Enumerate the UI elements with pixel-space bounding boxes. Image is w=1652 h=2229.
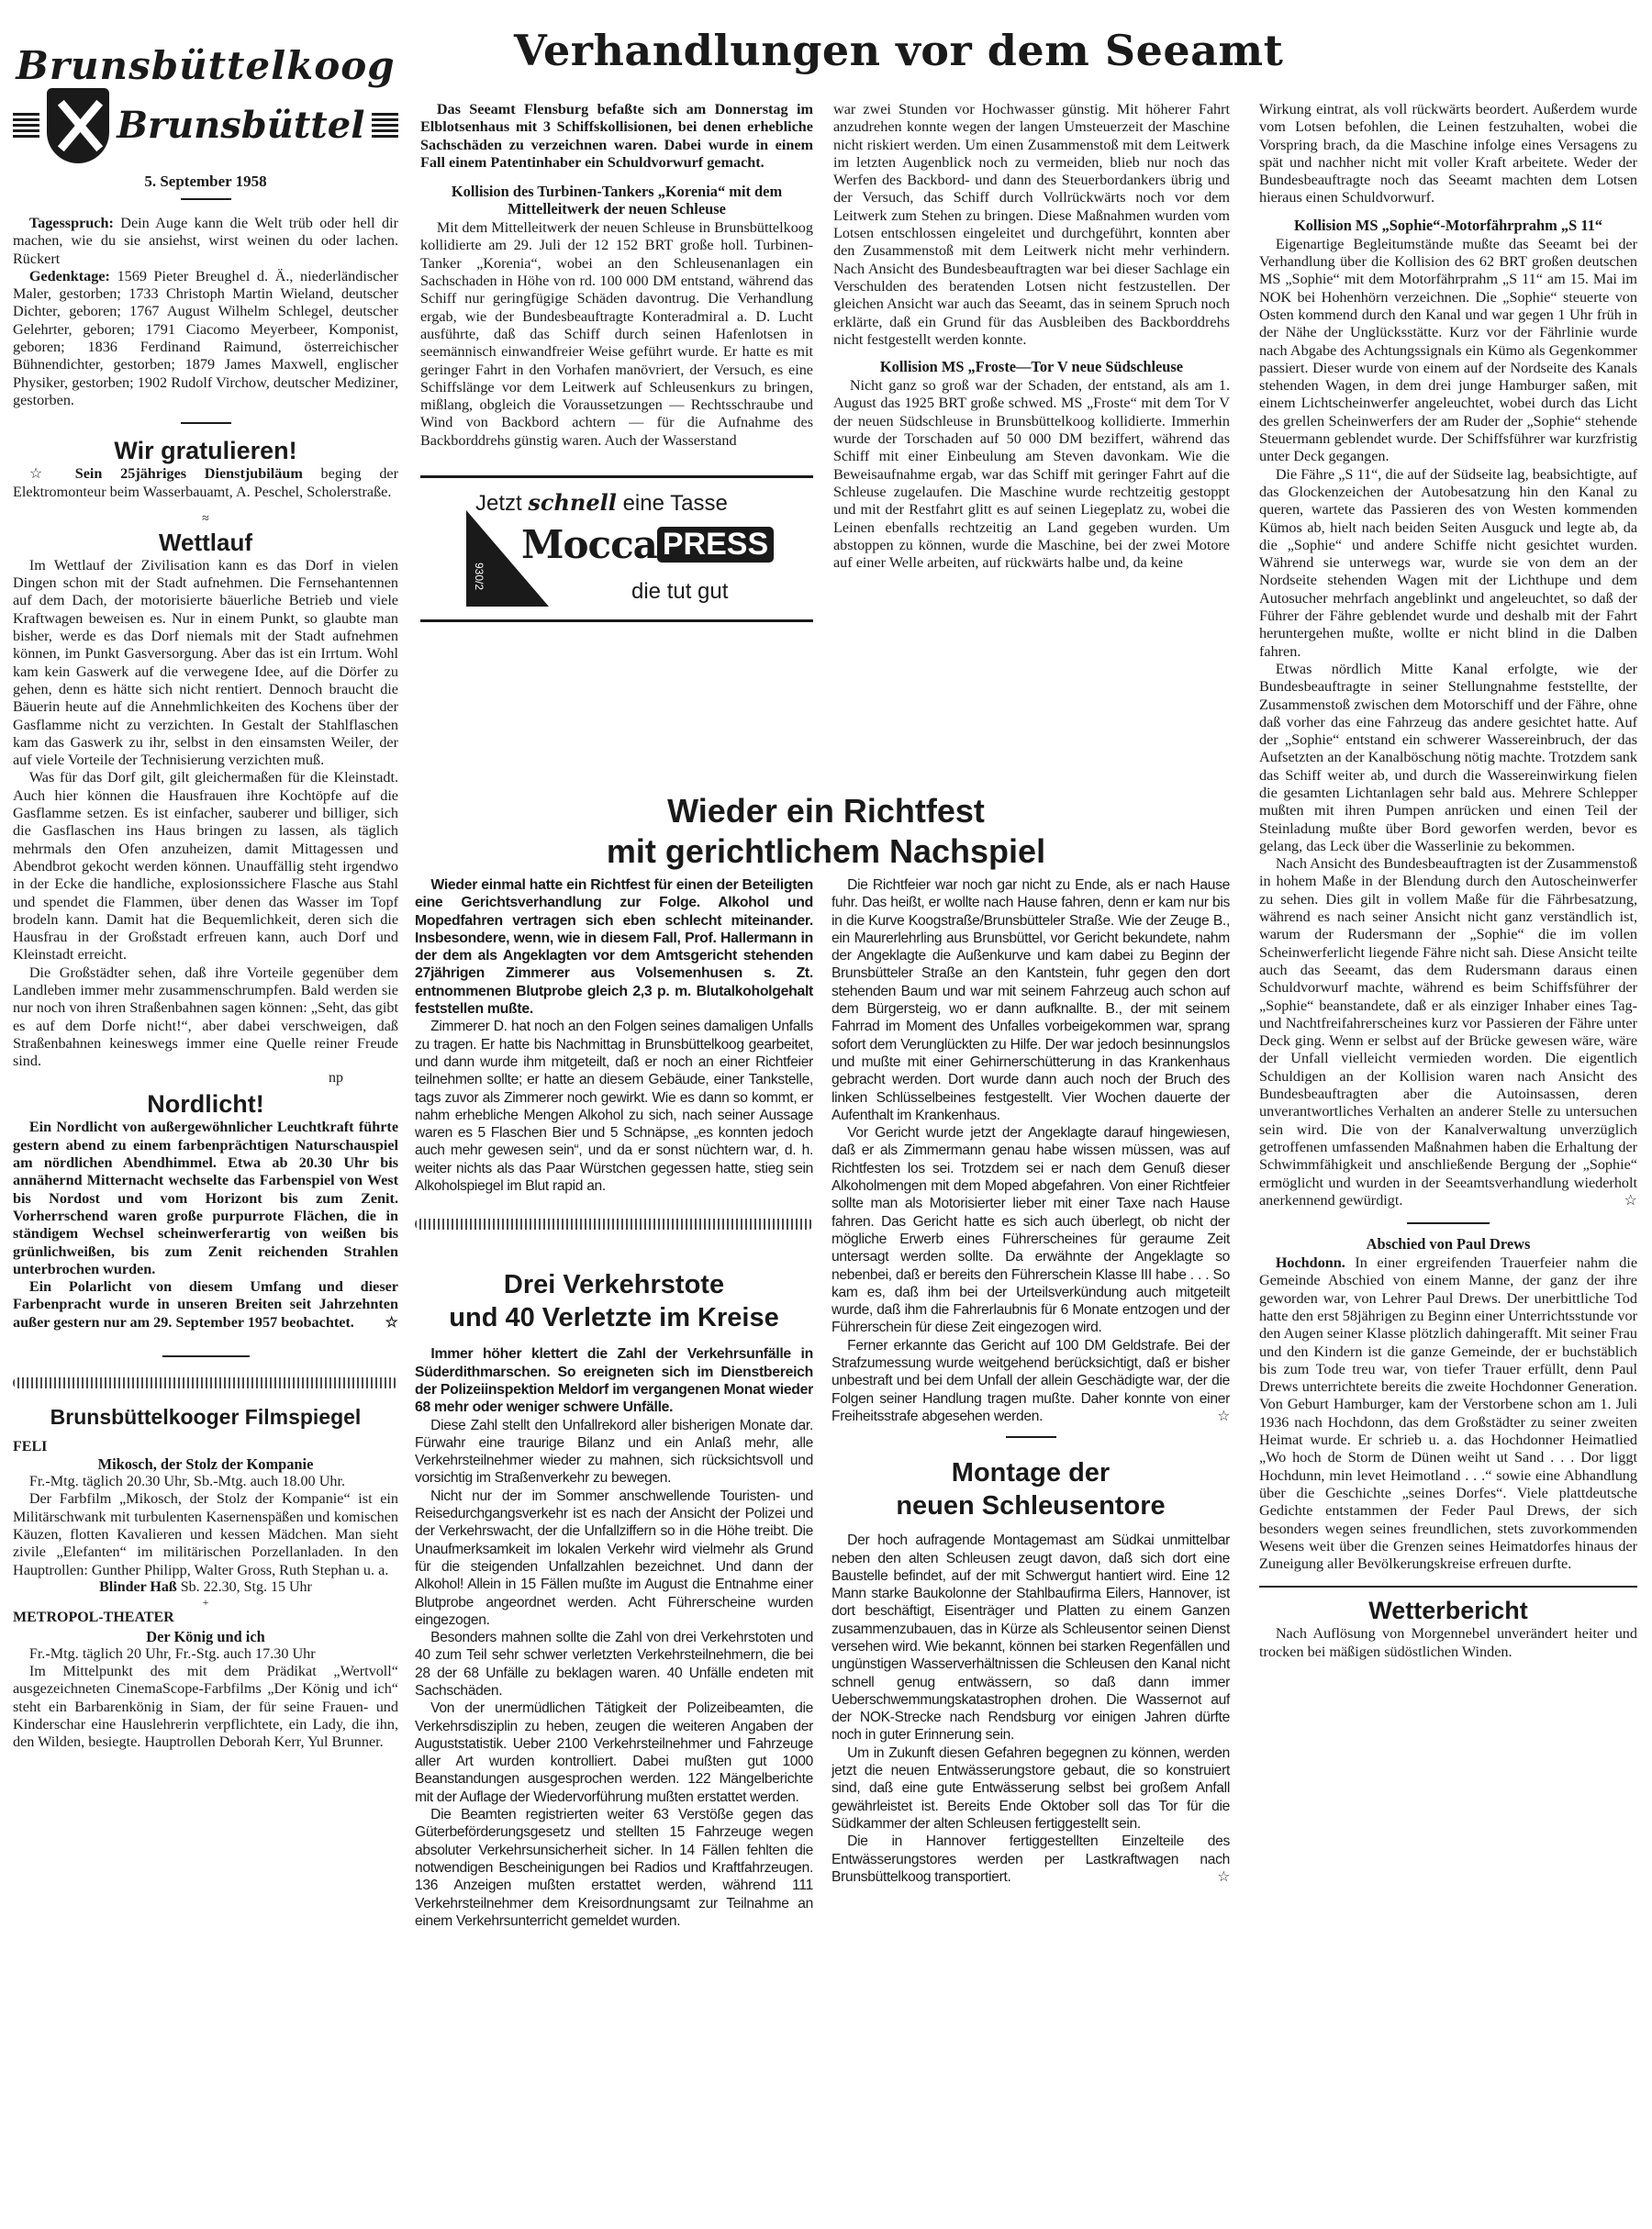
- film-times: Fr.-Mtg. täglich 20.30 Uhr, Sb.-Mtg. auc…: [13, 1473, 398, 1490]
- wettlauf-paragraph: Was für das Dorf gilt, gilt gleichermaße…: [13, 769, 398, 964]
- seeamt-col3: Wirkung eintrat, als voll rückwärts beor…: [1259, 101, 1637, 1661]
- verkehr-paragraph: Von der unermüdlichen Tätigkeit der Poli…: [415, 1700, 813, 1806]
- ad-logo: Mocca PRESS: [521, 522, 774, 567]
- divider: [181, 198, 231, 200]
- richtfest-title: Wieder ein Richtfest mit gerichtlichem N…: [413, 791, 1239, 872]
- richtfest-paragraph: Die Richtfeier war noch gar nicht zu End…: [832, 876, 1230, 1124]
- rope-ornament-icon: [13, 1377, 398, 1388]
- ribbon-left-icon: [13, 113, 39, 139]
- richtfest-paragraph: Vor Gericht wurde jetzt der Angeklagte d…: [832, 1124, 1230, 1337]
- sophie-paragraph: Etwas nördlich Mitte Kanal erfolgte, wie…: [1259, 661, 1637, 855]
- wettlauf-signature: np: [13, 1070, 398, 1087]
- tagesspruch: Tagesspruch: Dein Auge kann die Welt trü…: [13, 215, 398, 268]
- froste-title: Kollision MS „Froste—Tor V neue Südschle…: [833, 358, 1230, 375]
- star-icon: ☆: [29, 465, 57, 482]
- film-description: Der Farbfilm „Mikosch, der Stolz der Kom…: [13, 1490, 398, 1578]
- masthead: Brunsbüttelkoog Brunsbüttel: [13, 44, 398, 163]
- froste-paragraph: Nicht ganz so groß war der Schaden, der …: [833, 377, 1230, 572]
- cross-ornament-icon: +: [13, 1596, 398, 1610]
- star-icon: ☆: [1201, 1868, 1230, 1886]
- montage-title: Montage der neuen Schleusentore: [832, 1456, 1230, 1522]
- montage-paragraph: Der hoch aufragende Montagemast am Südka…: [832, 1532, 1230, 1744]
- verkehr-paragraph: Besonders mahnen sollte die Zahl von dre…: [415, 1629, 813, 1700]
- drews-paragraph: Hochdonn. In einer ergreifenden Trauerfe…: [1259, 1254, 1637, 1573]
- ribbon-right-icon: [372, 113, 398, 139]
- wettlauf-paragraph: Im Wettlauf der Zivilisation kann es das…: [13, 557, 398, 770]
- issue-date: 5. September 1958: [13, 173, 398, 191]
- richtfest-article: Wieder ein Richtfest mit gerichtlichem N…: [413, 791, 1239, 872]
- seeamt-lead: Das Seeamt Flensburg befaßte sich am Don…: [420, 101, 813, 172]
- star-icon: ☆: [1608, 1192, 1637, 1209]
- gratulieren-text: ☆ Sein 25jähriges Dienstjubiläum beging …: [13, 465, 398, 501]
- korenia-paragraph-cont: war zwei Stunden vor Hochwasser günstig.…: [833, 101, 1230, 349]
- ad-line3: die tut gut: [631, 579, 728, 605]
- nordlicht-title: Nordlicht!: [13, 1090, 398, 1119]
- montage-paragraph: Die in Hannover fertiggestellten Einzelt…: [832, 1833, 1230, 1886]
- drews-title: Abschied von Paul Drews: [1259, 1235, 1637, 1253]
- montage-paragraph: Um in Zukunft diesen Gefahren begegnen z…: [832, 1744, 1230, 1833]
- star-icon: ☆: [369, 1314, 398, 1332]
- korenia-paragraph: Mit dem Mittelleitwerk der neuen Schleus…: [420, 219, 813, 450]
- rope-ornament-icon: [415, 1219, 813, 1230]
- divider: [1006, 1436, 1056, 1438]
- town-crest-icon: [47, 88, 110, 163]
- film-description: Im Mittelpunkt des mit dem Prädikat „Wer…: [13, 1663, 398, 1751]
- richtfest-paragraph: Zimmerer D. hat noch an den Folgen seine…: [415, 1018, 813, 1195]
- film-extra: Blinder Haß Sb. 22.30, Stg. 15 Uhr: [13, 1579, 398, 1596]
- verkehr-title: Drei Verkehrstote und 40 Verletzte im Kr…: [415, 1268, 813, 1334]
- film-title: Der König und ich: [13, 1628, 398, 1645]
- filmspiegel-title: Brunsbüttelkooger Filmspiegel: [13, 1405, 398, 1430]
- divider: [1259, 1586, 1637, 1588]
- gratulieren-title: Wir gratulieren!: [13, 437, 398, 465]
- film-title: Mikosch, der Stolz der Kompanie: [13, 1455, 398, 1473]
- divider: [162, 1355, 250, 1357]
- masthead-line1: Brunsbüttelkoog: [13, 44, 398, 88]
- sophie-paragraph: Eigenartige Begleitumstände mußte das Se…: [1259, 236, 1637, 466]
- wettlauf-paragraph: Die Großstädter sehen, daß ihre Vorteile…: [13, 964, 398, 1071]
- left-column: Brunsbüttelkoog Brunsbüttel 5. September…: [13, 0, 398, 1752]
- sophie-paragraph: Die Fähre „S 11“, die auf der Südseite l…: [1259, 466, 1637, 661]
- richtfest-right: Die Richtfeier war noch gar nicht zu End…: [832, 876, 1230, 1886]
- korenia-title: Kollision des Turbinen-Tankers „Korenia“…: [420, 183, 813, 217]
- sophie-paragraph: Nach Ansicht des Bundesbeauftragten ist …: [1259, 855, 1637, 1209]
- verkehr-paragraph: Diese Zahl stellt den Unfallrekord aller…: [415, 1417, 813, 1488]
- cinema-name: FELI: [13, 1439, 398, 1455]
- richtfest-left: Wieder einmal hatte ein Richtfest für ei…: [415, 876, 813, 1930]
- nordlicht-paragraph: Ein Nordlicht von außergewöhnlicher Leuc…: [13, 1119, 398, 1278]
- gedenktage: Gedenktage: 1569 Pieter Breughel d. Ä., …: [13, 268, 398, 409]
- cinema-name: METROPOL-THEATER: [13, 1610, 398, 1626]
- masthead-line2: Brunsbüttel: [117, 106, 364, 146]
- richtfest-lead: Wieder einmal hatte ein Richtfest für ei…: [415, 876, 813, 1018]
- wave-ornament-icon: ≈: [13, 512, 398, 527]
- wetter-title: Wetterbericht: [1259, 1597, 1637, 1625]
- verkehr-paragraph: Die Beamten registrierten weiter 63 Vers…: [415, 1806, 813, 1930]
- seeamt-col2: war zwei Stunden vor Hochwasser günstig.…: [833, 101, 1230, 572]
- sophie-title: Kollision MS „Sophie“-Motorfährprahm „S …: [1259, 217, 1637, 234]
- tagesspruch-label: Tagesspruch:: [29, 215, 114, 231]
- seeamt-col1: Das Seeamt Flensburg befaßte sich am Don…: [420, 101, 813, 622]
- divider: [1407, 1222, 1490, 1224]
- wettlauf-title: Wettlauf: [13, 529, 398, 557]
- seeamt-headline: Verhandlungen vor dem Seeamt: [514, 26, 1432, 75]
- richtfest-paragraph: Ferner erkannte das Gericht auf 100 DM G…: [832, 1337, 1230, 1425]
- nordlicht-paragraph: Ein Polarlicht von diesem Umfang und die…: [13, 1278, 398, 1332]
- gedenktage-label: Gedenktage:: [29, 268, 110, 284]
- verkehr-paragraph: Nicht nur der im Sommer anschwellende To…: [415, 1488, 813, 1629]
- film-times: Fr.-Mtg. täglich 20 Uhr, Fr.-Stg. auch 1…: [13, 1645, 398, 1663]
- froste-paragraph-cont: Wirkung eintrat, als voll rückwärts beor…: [1259, 101, 1637, 207]
- star-icon: ☆: [1201, 1408, 1230, 1425]
- mocca-press-ad[interactable]: Jetzt schnell eine Tasse 930/2 Mocca PRE…: [420, 475, 813, 622]
- divider: [181, 422, 231, 424]
- ad-code: 930/2: [473, 563, 486, 590]
- wetter-text: Nach Auflösung von Morgennebel unverände…: [1259, 1625, 1637, 1661]
- verkehr-lead: Immer höher klettert die Zahl der Verkeh…: [415, 1345, 813, 1416]
